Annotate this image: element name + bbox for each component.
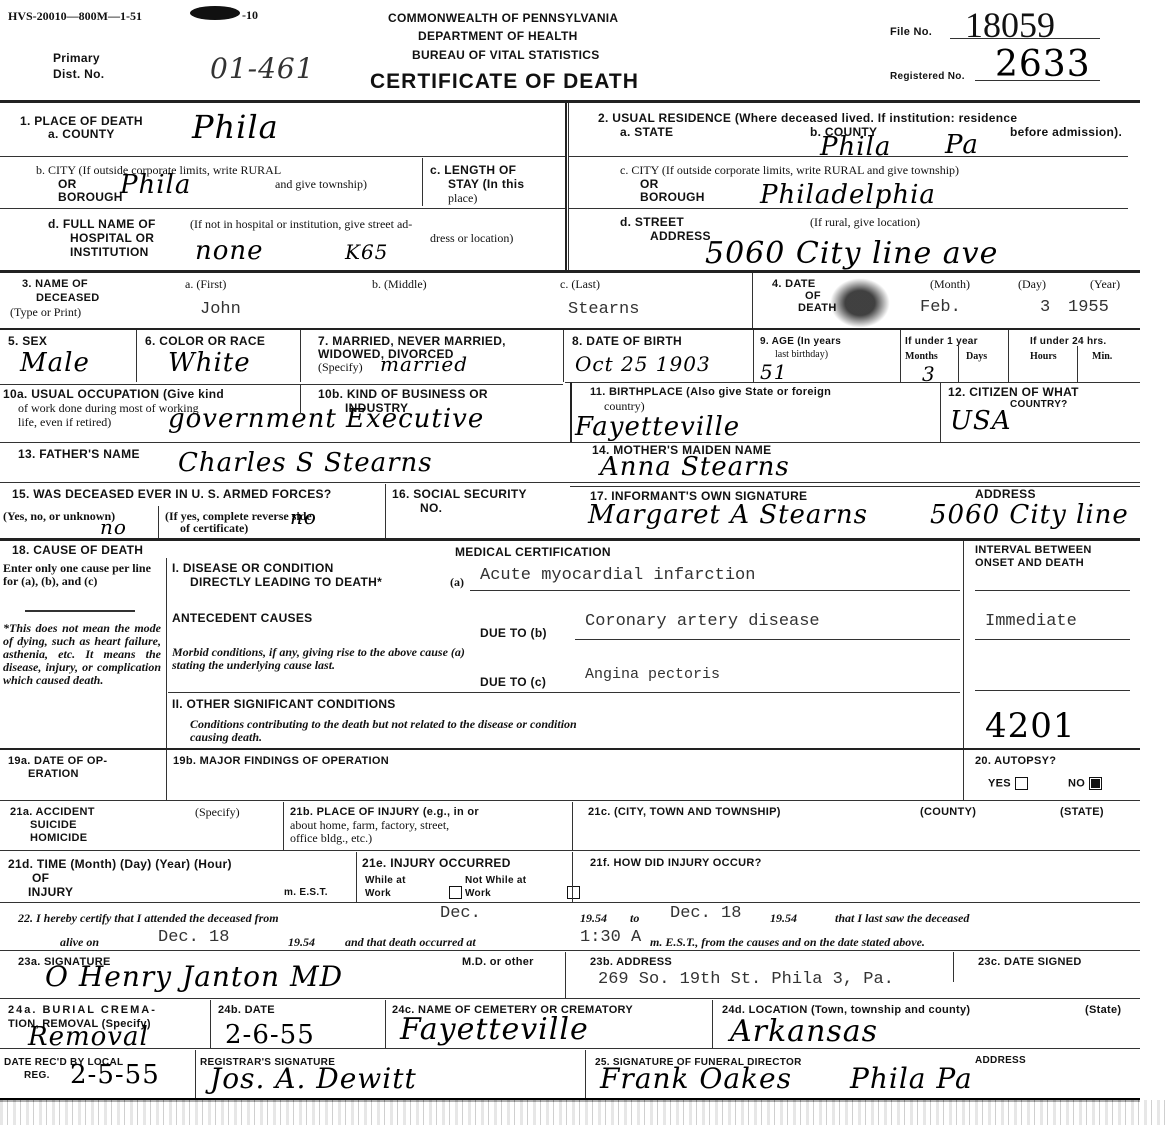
dod-month-value: Feb. xyxy=(920,298,961,317)
attended-to-value: Dec. 18 xyxy=(670,904,741,923)
death-time-value: 1:30 A xyxy=(580,928,641,947)
residence-state-label: a. STATE xyxy=(620,126,673,139)
cause-a-value: Acute myocardial infarction xyxy=(480,566,755,585)
hospital-label: d. FULL NAME OF xyxy=(48,218,156,231)
to-label: to xyxy=(630,912,639,925)
armed-yn-label: (Yes, no, or unknown) xyxy=(3,510,115,523)
father-label: 13. FATHER'S NAME xyxy=(18,448,140,461)
bureau-heading: BUREAU OF VITAL STATISTICS xyxy=(412,49,600,62)
how-injury-label: 21f. HOW DID INJURY OCCUR? xyxy=(590,857,762,870)
informant-address-value: 5060 City line xyxy=(930,500,1129,530)
name-label: 3. NAME OF xyxy=(22,278,88,291)
first-name-value: John xyxy=(200,300,241,319)
dob-label: 8. DATE OF BIRTH xyxy=(572,335,682,348)
death-occurred-label: and that death occurred at xyxy=(345,936,476,949)
injury-occurred-label: 21e. INJURY OCCURRED xyxy=(362,857,511,870)
stay-label: c. LENGTH OF xyxy=(430,164,516,177)
under-1-year-label: If under 1 year xyxy=(905,335,978,348)
alive-on-value: Dec. 18 xyxy=(158,928,229,947)
county-label: a. COUNTY xyxy=(48,128,115,141)
morbid-note: Morbid conditions, if any, giving rise t… xyxy=(172,646,482,672)
dist-label: Dist. No. xyxy=(53,68,104,81)
age-value: 51 xyxy=(760,360,787,384)
social-security-label: 16. SOCIAL SECURITY xyxy=(392,488,527,501)
burial-date-value: 2-6-55 xyxy=(225,1020,315,1050)
while-at-work-checkbox[interactable] xyxy=(449,886,462,899)
dod-day-label: (Day) xyxy=(1018,278,1046,291)
hospital-label-2: HOSPITAL OR xyxy=(70,232,154,245)
middle-name-label: b. (Middle) xyxy=(372,278,427,291)
death-county-value: Phila xyxy=(192,108,279,146)
city-borough-label: BOROUGH xyxy=(58,191,123,204)
name-label-3: (Type or Print) xyxy=(10,306,81,319)
form-suffix: -10 xyxy=(242,9,258,22)
burial-date-label: 24b. DATE xyxy=(218,1004,275,1017)
street-value: 5060 City line ave xyxy=(705,236,998,271)
city-label-2: and give township) xyxy=(275,178,367,191)
dob-value: Oct 25 1903 xyxy=(575,352,711,376)
business-label-2: INDUSTRY xyxy=(345,402,408,415)
antecedent-label: ANTECEDENT CAUSES xyxy=(172,612,312,625)
dod-year-value: 1955 xyxy=(1068,298,1109,317)
date-received-value: 2-5-55 xyxy=(70,1060,160,1090)
mother-value: Anna Stearns xyxy=(600,452,790,482)
attended-from-year: 19.54 xyxy=(580,912,607,925)
cause-c-value: Angina pectoris xyxy=(585,666,720,683)
not-while-at-work-label: Not While at Work xyxy=(465,874,535,900)
residence-label-2: before admission). xyxy=(1010,126,1122,139)
file-number: 18059 xyxy=(965,4,1055,46)
burial-location-value: Arkansas xyxy=(730,1014,878,1049)
residence-label: 2. USUAL RESIDENCE (Where deceased lived… xyxy=(598,112,1017,125)
armed-yn-value: no xyxy=(100,515,127,539)
homicide-label: HOMICIDE xyxy=(30,832,87,845)
dod-month-label: (Month) xyxy=(930,278,970,291)
cause-b-label: DUE TO (b) xyxy=(480,627,547,640)
street-label-2: ADDRESS xyxy=(650,230,711,243)
autopsy-yes[interactable]: YES xyxy=(988,777,1028,790)
registrar-signature: Jos. A. Dewitt xyxy=(210,1062,417,1095)
funeral-director-address-label: ADDRESS xyxy=(975,1054,1026,1067)
attended-from-value: Dec. xyxy=(440,904,481,923)
sex-value: Male xyxy=(20,348,90,378)
md-label: M.D. or other xyxy=(462,956,534,969)
occupation-label-3: life, even if retired) xyxy=(18,416,111,429)
stay-label-2: STAY (In this xyxy=(448,178,524,191)
cause-code: 4201 xyxy=(985,706,1076,746)
father-value: Charles S Stearns xyxy=(178,448,433,478)
commonwealth-heading: COMMONWEALTH OF PENNSYLVANIA xyxy=(388,12,618,25)
operation-date-label-2: ERATION xyxy=(28,768,79,781)
redaction-mark xyxy=(190,6,240,20)
other-conditions-note: Conditions contributing to the death but… xyxy=(190,718,590,744)
age-label: 9. AGE (In years xyxy=(760,335,841,348)
certify-line-1: 22. I hereby certify that I attended the… xyxy=(18,912,279,925)
street-note: (If rural, give location) xyxy=(810,216,920,229)
alive-on-year: 19.54 xyxy=(288,936,315,949)
first-name-label: a. (First) xyxy=(185,278,226,291)
burial-state-label: (State) xyxy=(1085,1004,1121,1017)
injury-time-label-3: INJURY xyxy=(28,886,73,899)
suicide-label: SUICIDE xyxy=(30,819,77,832)
attended-to-year: 19.54 xyxy=(770,912,797,925)
citizen-value: USA xyxy=(950,406,1012,436)
scan-edge-noise xyxy=(0,1100,1168,1125)
last-name-label: c. (Last) xyxy=(560,278,600,291)
ink-blot xyxy=(830,278,890,328)
street-label: d. STREET xyxy=(620,216,684,229)
informant-value: Margaret A Stearns xyxy=(588,500,868,530)
injury-county-label: (COUNTY) xyxy=(920,806,976,819)
medical-certification-heading: MEDICAL CERTIFICATION xyxy=(455,546,611,559)
armed-ifyes-value: no xyxy=(290,505,317,529)
hospital-label-3: INSTITUTION xyxy=(70,246,149,259)
injury-city-label: 21c. (CITY, TOWN AND TOWNSHIP) xyxy=(588,806,781,819)
injury-specify-label: (Specify) xyxy=(195,806,240,819)
birthplace-value: Fayetteville xyxy=(575,412,740,442)
hospital-note: (If not in hospital or institution, give… xyxy=(190,218,412,231)
interval-b-value: Immediate xyxy=(985,612,1077,631)
injury-state-label: (STATE) xyxy=(1060,806,1104,819)
burial-label: 24a. BURIAL CREMA- xyxy=(8,1004,157,1017)
primary-label: Primary xyxy=(53,52,100,65)
injury-place-label-3: office bldg., etc.) xyxy=(290,832,372,845)
operation-findings-label: 19b. MAJOR FINDINGS OF OPERATION xyxy=(173,755,389,768)
autopsy-label: 20. AUTOPSY? xyxy=(975,755,1056,768)
hospital-note-2: dress or location) xyxy=(430,232,513,245)
armed-ifyes-label-2: of certificate) xyxy=(180,522,248,535)
autopsy-no[interactable]: NO xyxy=(1068,777,1102,790)
dist-value: 01-461 xyxy=(210,52,315,85)
hospital-value: none xyxy=(195,236,264,266)
file-label: File No. xyxy=(890,26,932,39)
disease-label-2: DIRECTLY LEADING TO DEATH* xyxy=(190,576,382,589)
occupation-label: 10a. USUAL OCCUPATION (Give kind xyxy=(3,388,224,401)
marital-label-3: (Specify) xyxy=(318,361,363,374)
certify-line-1b: that I last saw the deceased xyxy=(835,912,969,925)
under-24-hrs-label: If under 24 hrs. xyxy=(1030,335,1106,348)
while-at-work-label: While at Work xyxy=(365,874,425,900)
residence-county-value: Phila xyxy=(820,132,891,162)
certify-line-2c: m. E.S.T., from the causes and on the da… xyxy=(650,936,925,949)
social-security-label-2: NO. xyxy=(420,502,442,515)
physician-signature: O Henry Janton MD xyxy=(45,960,343,993)
days-label: Days xyxy=(966,350,987,363)
funeral-director-signature: Frank Oakes xyxy=(600,1062,792,1095)
autopsy-yes-checkbox[interactable] xyxy=(1015,777,1028,790)
marital-value: married xyxy=(380,352,468,376)
physician-address-value: 269 So. 19th St. Phila 3, Pa. xyxy=(598,970,894,989)
occupation-value: government Executive xyxy=(168,404,484,434)
sex-label: 5. SEX xyxy=(8,335,47,348)
name-label-2: DECEASED xyxy=(36,292,100,305)
accident-label: 21a. ACCIDENT xyxy=(10,806,95,819)
min-label: Min. xyxy=(1092,350,1112,363)
physician-address-label: 23b. ADDRESS xyxy=(590,956,672,969)
alive-on-label: alive on xyxy=(60,936,99,949)
hospital-mark: K65 xyxy=(345,240,388,264)
funeral-director-address: Phila Pa xyxy=(850,1062,973,1095)
date-signed-label: 23c. DATE SIGNED xyxy=(978,956,1082,969)
birthplace-label: 11. BIRTHPLACE (Also give State or forei… xyxy=(590,386,831,399)
race-label: 6. COLOR OR RACE xyxy=(145,335,265,348)
interval-label-2: ONSET AND DEATH xyxy=(975,557,1084,570)
cause-of-death-label: 18. CAUSE OF DEATH xyxy=(12,544,143,557)
other-conditions-label: II. OTHER SIGNIFICANT CONDITIONS xyxy=(172,698,396,711)
hours-label: Hours xyxy=(1030,350,1057,363)
not-while-at-work-checkbox[interactable] xyxy=(567,886,580,899)
department-heading: DEPARTMENT OF HEALTH xyxy=(418,30,578,43)
form-number: HVS-20010—800M—1-51 xyxy=(8,10,142,23)
citizen-label-2: COUNTRY? xyxy=(1010,398,1068,411)
cemetery-value: Fayetteville xyxy=(400,1012,589,1047)
date-received-label-2: REG. xyxy=(24,1069,50,1082)
autopsy-yes-label: YES xyxy=(988,777,1011,789)
dod-year-label: (Year) xyxy=(1090,278,1120,291)
race-value: White xyxy=(168,348,251,378)
cause-b-value: Coronary artery disease xyxy=(585,612,820,631)
interval-label: INTERVAL BETWEEN xyxy=(975,544,1092,557)
residence-city-value: Philadelphia xyxy=(760,180,936,210)
injury-est-label: m. E.S.T. xyxy=(284,886,328,899)
cause-a-label: (a) xyxy=(450,576,464,589)
page-title: CERTIFICATE OF DEATH xyxy=(370,70,639,94)
armed-forces-label: 15. WAS DECEASED EVER IN U. S. ARMED FOR… xyxy=(12,488,331,501)
registered-number: 2633 xyxy=(995,44,1091,85)
business-label: 10b. KIND OF BUSINESS OR xyxy=(318,388,488,401)
residence-city-label: c. CITY (If outside corporate limits, wr… xyxy=(620,164,959,177)
disease-label: I. DISEASE OR CONDITION xyxy=(172,562,334,575)
cause-c-label: DUE TO (c) xyxy=(480,676,546,689)
autopsy-no-label: NO xyxy=(1068,777,1085,789)
stay-label-3: place) xyxy=(448,192,477,205)
autopsy-no-checkbox[interactable] xyxy=(1089,777,1102,790)
cause-instructions: Enter only one cause per line for (a), (… xyxy=(3,562,158,588)
last-name-value: Stearns xyxy=(568,300,639,319)
injury-time-label-2: OF xyxy=(32,872,49,885)
residence-city-borough: BOROUGH xyxy=(640,191,705,204)
injury-time-label: 21d. TIME (Month) (Day) (Year) (Hour) xyxy=(8,858,232,871)
death-city-value: Phila xyxy=(120,170,191,200)
operation-date-label: 19a. DATE OF OP- xyxy=(8,755,107,768)
dod-day-value: 3 xyxy=(1040,298,1050,317)
cause-note: *This does not mean the mode of dying, s… xyxy=(3,622,161,687)
registered-label: Registered No. xyxy=(890,70,965,83)
